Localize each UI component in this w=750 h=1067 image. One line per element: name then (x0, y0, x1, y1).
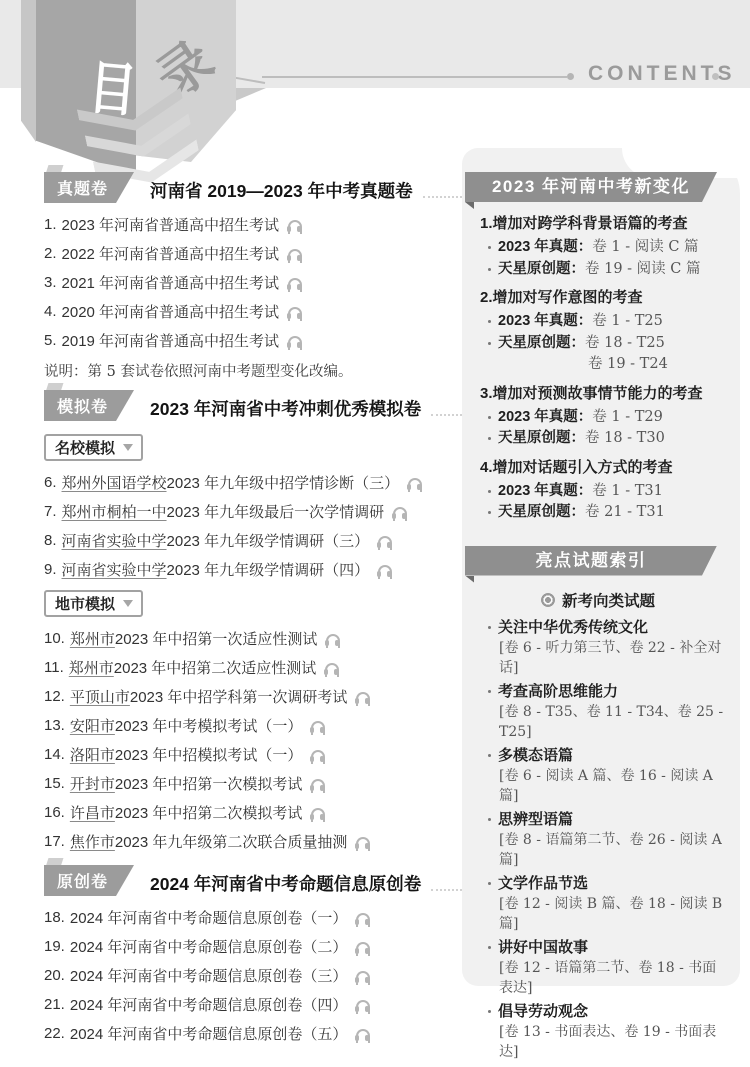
headphone-icon (377, 564, 393, 576)
index-item-title: 倡导劳动观念 (498, 1001, 588, 1022)
change-title: 1.增加对跨学科背景语篇的考查 (480, 213, 726, 234)
bullet-dot-icon (488, 690, 491, 693)
change-row-label: 天星原创题： (498, 428, 585, 450)
group-tag: 地市模拟 (44, 590, 143, 617)
bullet-dot-icon (488, 416, 491, 419)
toc-entry-title: 2023 年河南省普通高中招生考试 (62, 214, 280, 235)
index-item-title: 关注中华优秀传统文化 (498, 617, 648, 638)
headphone-icon (287, 277, 303, 289)
toc-entry-number: 14. (44, 746, 65, 763)
change-row-value: 卷 21 - T31 (585, 502, 665, 524)
toc-entry-number: 18. (44, 909, 65, 926)
index-item-ref: [卷 12 - 阅读 B 篇、卷 18 - 阅读 B 篇] (488, 894, 726, 934)
index-item: 讲好中国故事[卷 12 - 语篇第二节、卷 18 - 书面表达] (488, 937, 726, 998)
change-row: 卷 19 - T24 (488, 354, 726, 376)
toc-entry-number: 6. (44, 474, 57, 491)
section-title: 河南省 2019—2023 年中考真题卷 (150, 178, 413, 203)
toc-entry-number: 3. (44, 274, 57, 291)
change-row: 天星原创题：卷 18 - T30 (488, 428, 726, 450)
toc-entry-title: 2023 年中考模拟考试（一） (115, 715, 303, 736)
section-badge-wrap: 模拟卷 (44, 390, 134, 421)
index-item-ref: [卷 8 - 语篇第二节、卷 26 - 阅读 A 篇] (488, 830, 726, 870)
change-row: 天星原创题：卷 21 - T31 (488, 502, 726, 524)
change-row: 2023 年真题：卷 1 - T31 (488, 481, 726, 503)
toc-entry-number: 12. (44, 688, 65, 705)
toc-entry: 8. 河南省实验中学 2023 年九年级学情调研（三） (44, 526, 462, 555)
toc-entry-number: 16. (44, 804, 65, 821)
toc-entry-title: 2022 年河南省普通高中招生考试 (62, 243, 280, 264)
exam-changes-list: 1.增加对跨学科背景语篇的考查2023 年真题：卷 1 - 阅读 C 篇天星原创… (488, 213, 726, 524)
toc-entry-source-underlined: 开封市 (70, 773, 115, 794)
bullet-dot-icon (488, 511, 491, 514)
triangle-down-icon (123, 444, 133, 451)
change-row-label: 2023 年真题： (498, 407, 592, 429)
group-tag: 名校模拟 (44, 434, 143, 461)
index-header-label: 新考向类试题 (562, 589, 655, 611)
toc-entry-source-underlined: 郑州外国语学校 (62, 472, 167, 493)
headphone-icon (355, 970, 371, 982)
toc-entry-number: 8. (44, 532, 57, 549)
toc-entry-title: 2024 年河南省中考命题信息原创卷（四） (70, 994, 348, 1015)
headphone-icon (287, 306, 303, 318)
change-row-value: 卷 1 - T31 (592, 481, 663, 503)
change-row-value: 卷 19 - T24 (588, 354, 668, 376)
headphone-icon (355, 941, 371, 953)
headphone-icon (325, 633, 341, 645)
bullet-dot-icon (488, 342, 491, 345)
toc-entry-source-underlined: 洛阳市 (70, 744, 115, 765)
section-title: 2023 年河南省中考冲刺优秀模拟卷 (150, 396, 421, 421)
section-body: 18. 2024 年河南省中考命题信息原创卷（一） 19. 2024 年河南省中… (44, 903, 462, 1048)
toc-entry-number: 21. (44, 996, 65, 1013)
toc-entry: 12. 平顶山市 2023 年中招学科第一次调研考试 (44, 682, 462, 711)
bullet-dot-icon (488, 320, 491, 323)
toc-entry-title: 2019 年河南省普通高中招生考试 (62, 330, 280, 351)
toc-entry-title: 2023 年九年级学情调研（三） (167, 530, 370, 551)
headphone-icon (355, 1028, 371, 1040)
change-row-label: 天星原创题： (498, 333, 585, 355)
toc-entry-title: 2023 年九年级中招学情诊断（三） (167, 472, 400, 493)
toc-entry-title: 2023 年中招学科第一次调研考试 (130, 686, 348, 707)
toc-entry-source-underlined: 安阳市 (70, 715, 115, 736)
toc-entry-number: 7. (44, 503, 57, 520)
contents-end-dot-icon (712, 73, 719, 80)
toc-entry-number: 19. (44, 938, 65, 955)
change-row-value: 卷 19 - 阅读 C 篇 (585, 259, 701, 281)
change-row-label: 2023 年真题： (498, 237, 592, 259)
toc-entry-source-underlined: 郑州市 (69, 657, 114, 678)
section-body: 1. 2023 年河南省普通高中招生考试 2. 2022 年河南省普通高中招生考… (44, 210, 462, 381)
change-row-value: 卷 1 - T25 (592, 311, 663, 333)
toc-entry: 4. 2020 年河南省普通高中招生考试 (44, 297, 462, 326)
toc-entry: 14. 洛阳市 2023 年中招模拟考试（一） (44, 740, 462, 769)
toc-entry-number: 22. (44, 1025, 65, 1042)
toc-entry-source-underlined: 郑州市 (70, 628, 115, 649)
section-badge: 原创卷 (44, 865, 134, 896)
index-item-ref: [卷 13 - 书面表达、卷 19 - 书面表达] (488, 1022, 726, 1062)
toc-entry-title: 2023 年中招第一次模拟考试 (115, 773, 303, 794)
change-row-label: 天星原创题： (498, 259, 585, 281)
toc-entry: 13. 安阳市 2023 年中考模拟考试（一） (44, 711, 462, 740)
toc-page: CONTENTS 目 录 真题卷 河南省 2019—2023 年中考真题卷 1.… (0, 0, 750, 1067)
toc-entry-number: 2. (44, 245, 57, 262)
toc-section: 真题卷 河南省 2019—2023 年中考真题卷 1. 2023 年河南省普通高… (44, 172, 462, 381)
bullet-dot-icon (488, 246, 491, 249)
change-title: 3.增加对预测故事情节能力的考查 (480, 383, 726, 404)
headphone-icon (287, 335, 303, 347)
bullet-dot-icon (488, 490, 491, 493)
headphone-icon (310, 807, 326, 819)
group-tag-row: 地市模拟 (44, 584, 462, 624)
index-item: 多模态语篇[卷 6 - 阅读 A 篇、卷 16 - 阅读 A 篇] (488, 745, 726, 806)
toc-entry-title: 2024 年河南省中考命题信息原创卷（二） (70, 936, 348, 957)
toc-entry: 5. 2019 年河南省普通高中招生考试 (44, 326, 462, 355)
headphone-icon (324, 662, 340, 674)
index-item: 关注中华优秀传统文化[卷 6 - 听力第三节、卷 22 - 补全对话] (488, 617, 726, 678)
index-item-title-row: 文学作品节选 (488, 873, 726, 894)
toc-entry: 19. 2024 年河南省中考命题信息原创卷（二） (44, 932, 462, 961)
toc-entry-number: 4. (44, 303, 57, 320)
index-item: 倡导劳动观念[卷 13 - 书面表达、卷 19 - 书面表达] (488, 1001, 726, 1062)
index-item-title: 多模态语篇 (498, 745, 573, 766)
index-header: 新考向类试题 (488, 589, 708, 611)
dotted-leader (423, 196, 462, 198)
toc-entry-number: 15. (44, 775, 65, 792)
toc-entry-number: 5. (44, 332, 57, 349)
section-body: 名校模拟 6. 郑州外国语学校 2023 年九年级中招学情诊断（三） 7. 郑州… (44, 428, 462, 856)
dotted-leader (431, 414, 462, 416)
index-item-title-row: 讲好中国故事 (488, 937, 726, 958)
toc-entry: 2. 2022 年河南省普通高中招生考试 (44, 239, 462, 268)
section-heading: 真题卷 河南省 2019—2023 年中考真题卷 (44, 172, 462, 203)
logo-spine (21, 0, 36, 142)
toc-entry: 22. 2024 年河南省中考命题信息原创卷（五） (44, 1019, 462, 1048)
change-row-value: 卷 18 - T25 (585, 333, 665, 355)
toc-entry: 16. 许昌市 2023 年中招第二次模拟考试 (44, 798, 462, 827)
change-row-label: 2023 年真题： (498, 311, 592, 333)
bullet-dot-icon (488, 626, 491, 629)
section-badge: 模拟卷 (44, 390, 134, 421)
toc-entry-number: 13. (44, 717, 65, 734)
bullet-dot-icon (488, 268, 491, 271)
toc-entry: 7. 郑州市桐柏一中 2023 年九年级最后一次学情调研 (44, 497, 462, 526)
change-row: 2023 年真题：卷 1 - T29 (488, 407, 726, 429)
toc-section: 模拟卷 2023 年河南省中考冲刺优秀模拟卷 名校模拟 6. 郑州外国语学校 2… (44, 390, 462, 856)
triangle-down-icon (123, 600, 133, 607)
toc-entry-title: 2021 年河南省普通高中招生考试 (62, 272, 280, 293)
section-heading: 模拟卷 2023 年河南省中考冲刺优秀模拟卷 (44, 390, 462, 421)
bullet-dot-icon (488, 818, 491, 821)
toc-entry: 20. 2024 年河南省中考命题信息原创卷（三） (44, 961, 462, 990)
toc-entry-number: 17. (44, 833, 65, 850)
change-title: 2.增加对写作意图的考查 (480, 287, 726, 308)
toc-entry-number: 9. (44, 561, 57, 578)
change-row: 天星原创题：卷 19 - 阅读 C 篇 (488, 259, 726, 281)
section-badge-wrap: 真题卷 (44, 172, 134, 203)
headphone-icon (287, 248, 303, 260)
toc-entry-number: 10. (44, 630, 65, 647)
headphone-icon (310, 778, 326, 790)
dotted-leader (431, 889, 462, 891)
rule-end-dot-icon (567, 73, 574, 80)
bullet-dot-icon (488, 946, 491, 949)
index-item-title-row: 关注中华优秀传统文化 (488, 617, 726, 638)
toc-entry-title: 2023 年九年级第二次联合质量抽测 (115, 831, 348, 852)
toc-entry-source-underlined: 郑州市桐柏一中 (62, 501, 167, 522)
toc-entry-source-underlined: 焦作市 (70, 831, 115, 852)
index-item-title: 讲好中国故事 (498, 937, 588, 958)
toc-entry-title: 2024 年河南省中考命题信息原创卷（三） (70, 965, 348, 986)
bullet-dot-icon (488, 1010, 491, 1013)
section-badge: 真题卷 (44, 172, 134, 203)
toc-entry: 15. 开封市 2023 年中招第一次模拟考试 (44, 769, 462, 798)
toc-entry-title: 2020 年河南省普通高中招生考试 (62, 301, 280, 322)
toc-entry-title: 2024 年河南省中考命题信息原创卷（一） (70, 907, 348, 928)
highlight-index-list: 关注中华优秀传统文化[卷 6 - 听力第三节、卷 22 - 补全对话]考查高阶思… (488, 617, 726, 1062)
headphone-icon (355, 691, 371, 703)
change-row-label: 天星原创题： (498, 502, 585, 524)
toc-entry-source-underlined: 河南省实验中学 (62, 559, 167, 580)
toc-entry: 11. 郑州市 2023 年中招第二次适应性测试 (44, 653, 462, 682)
toc-entry-title: 2023 年九年级最后一次学情调研 (167, 501, 385, 522)
toc-entry: 3. 2021 年河南省普通高中招生考试 (44, 268, 462, 297)
logo-back-face: 录 (136, 0, 236, 162)
headphone-icon (287, 219, 303, 231)
index-item: 考查高阶思维能力[卷 8 - T35、卷 11 - T34、卷 25 - T25… (488, 681, 726, 742)
toc-entry-number: 20. (44, 967, 65, 984)
change-title: 4.增加对话题引入方式的考查 (480, 457, 726, 478)
section-note: 说明：第 5 套试卷依照河南中考题型变化改编。 (44, 360, 462, 381)
section-heading: 原创卷 2024 年河南省中考命题信息原创卷 (44, 865, 462, 896)
headphone-icon (355, 836, 371, 848)
group-tag-row: 名校模拟 (44, 428, 462, 468)
change-row-value: 卷 1 - 阅读 C 篇 (592, 237, 698, 259)
banner-fold (465, 576, 474, 583)
change-row: 天星原创题：卷 18 - T25 (488, 333, 726, 355)
index-item-title-row: 多模态语篇 (488, 745, 726, 766)
highlight-index-banner: 亮点试题索引 (465, 546, 717, 576)
index-item-title-row: 倡导劳动观念 (488, 1001, 726, 1022)
target-bullet-icon (541, 593, 555, 607)
change-row: 2023 年真题：卷 1 - 阅读 C 篇 (488, 237, 726, 259)
highlights-panel: 2023 年河南中考新变化 1.增加对跨学科背景语篇的考查2023 年真题：卷 … (462, 148, 740, 986)
section-badge-wrap: 原创卷 (44, 865, 134, 896)
toc-entry-title: 2023 年中招第二次适应性测试 (114, 657, 317, 678)
toc-entry: 6. 郑州外国语学校 2023 年九年级中招学情诊断（三） (44, 468, 462, 497)
bullet-dot-icon (488, 437, 491, 440)
toc-left-column: 真题卷 河南省 2019—2023 年中考真题卷 1. 2023 年河南省普通高… (44, 172, 462, 1057)
banner-row: 亮点试题索引 (488, 546, 726, 577)
change-row-value: 卷 1 - T29 (592, 407, 663, 429)
toc-entry-title: 2023 年中招第一次适应性测试 (115, 628, 318, 649)
index-item-title: 思辨型语篇 (498, 809, 573, 830)
toc-section: 原创卷 2024 年河南省中考命题信息原创卷 18. 2024 年河南省中考命题… (44, 865, 462, 1048)
change-row-value: 卷 18 - T30 (585, 428, 665, 450)
bullet-dot-icon (488, 882, 491, 885)
change-row-label: 2023 年真题： (498, 481, 592, 503)
toc-entry-source-underlined: 许昌市 (70, 802, 115, 823)
toc-entry: 10. 郑州市 2023 年中招第一次适应性测试 (44, 624, 462, 653)
toc-entry: 18. 2024 年河南省中考命题信息原创卷（一） (44, 903, 462, 932)
bullet-dot-icon (488, 754, 491, 757)
toc-entry-title: 2023 年九年级学情调研（四） (167, 559, 370, 580)
new-changes-banner: 2023 年河南中考新变化 (465, 172, 717, 202)
group-tag-label: 名校模拟 (55, 437, 115, 458)
toc-entry: 1. 2023 年河南省普通高中招生考试 (44, 210, 462, 239)
index-item: 思辨型语篇[卷 8 - 语篇第二节、卷 26 - 阅读 A 篇] (488, 809, 726, 870)
logo-back-char: 录 (139, 19, 228, 113)
index-item-ref: [卷 8 - T35、卷 11 - T34、卷 25 - T25] (488, 702, 726, 742)
change-row: 2023 年真题：卷 1 - T25 (488, 311, 726, 333)
index-item-title: 考查高阶思维能力 (498, 681, 618, 702)
headphone-icon (310, 720, 326, 732)
index-item-ref: [卷 6 - 阅读 A 篇、卷 16 - 阅读 A 篇] (488, 766, 726, 806)
toc-entry: 9. 河南省实验中学 2023 年九年级学情调研（四） (44, 555, 462, 584)
headphone-icon (407, 477, 423, 489)
toc-entry-number: 11. (44, 659, 64, 676)
toc-entry-title: 2023 年中招第二次模拟考试 (115, 802, 303, 823)
index-item-title-row: 考查高阶思维能力 (488, 681, 726, 702)
toc-entry-title: 2024 年河南省中考命题信息原创卷（五） (70, 1023, 348, 1044)
headphone-icon (355, 912, 371, 924)
index-item-ref: [卷 12 - 语篇第二节、卷 18 - 书面表达] (488, 958, 726, 998)
toc-entry-source-underlined: 河南省实验中学 (62, 530, 167, 551)
index-item-title-row: 思辨型语篇 (488, 809, 726, 830)
headphone-icon (355, 999, 371, 1011)
headphone-icon (377, 535, 393, 547)
header-rule-line (262, 76, 567, 78)
headphone-icon (392, 506, 408, 518)
headphone-icon (310, 749, 326, 761)
index-item: 文学作品节选[卷 12 - 阅读 B 篇、卷 18 - 阅读 B 篇] (488, 873, 726, 934)
toc-entry-title: 2023 年中招模拟考试（一） (115, 744, 303, 765)
banner-fold (465, 202, 474, 209)
section-title: 2024 年河南省中考命题信息原创卷 (150, 871, 421, 896)
toc-entry: 21. 2024 年河南省中考命题信息原创卷（四） (44, 990, 462, 1019)
group-tag-label: 地市模拟 (55, 593, 115, 614)
index-item-title: 文学作品节选 (498, 873, 588, 894)
toc-entry-source-underlined: 平顶山市 (70, 686, 130, 707)
banner-row: 2023 年河南中考新变化 (488, 172, 726, 203)
toc-entry-number: 1. (44, 216, 57, 233)
index-item-ref: [卷 6 - 听力第三节、卷 22 - 补全对话] (488, 638, 726, 678)
toc-entry: 17. 焦作市 2023 年九年级第二次联合质量抽测 (44, 827, 462, 856)
